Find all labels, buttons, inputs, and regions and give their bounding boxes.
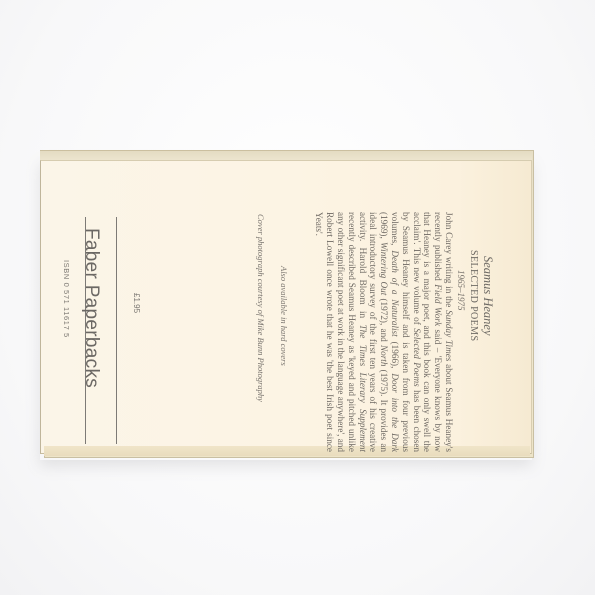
- photo-credit: Cover photograph courtesy of Mike Bunn P…: [256, 214, 266, 402]
- author-name: Seamus Heaney: [480, 256, 495, 336]
- book-title: SELECTED POEMS: [468, 250, 479, 341]
- book-dates: 1965–1975: [456, 270, 466, 311]
- imprint-label: Faber Paperbacks: [80, 228, 102, 438]
- also-available-note: Also available in hard covers: [279, 266, 289, 366]
- blurb-text: John Carey writing in the Sunday Times a…: [314, 212, 454, 452]
- divider-rule-upper: [116, 217, 117, 444]
- book-bottom-edge: [44, 446, 530, 456]
- isbn-label: ISBN 0 571 11617 5: [62, 260, 71, 338]
- price-label: £1.95: [132, 293, 141, 313]
